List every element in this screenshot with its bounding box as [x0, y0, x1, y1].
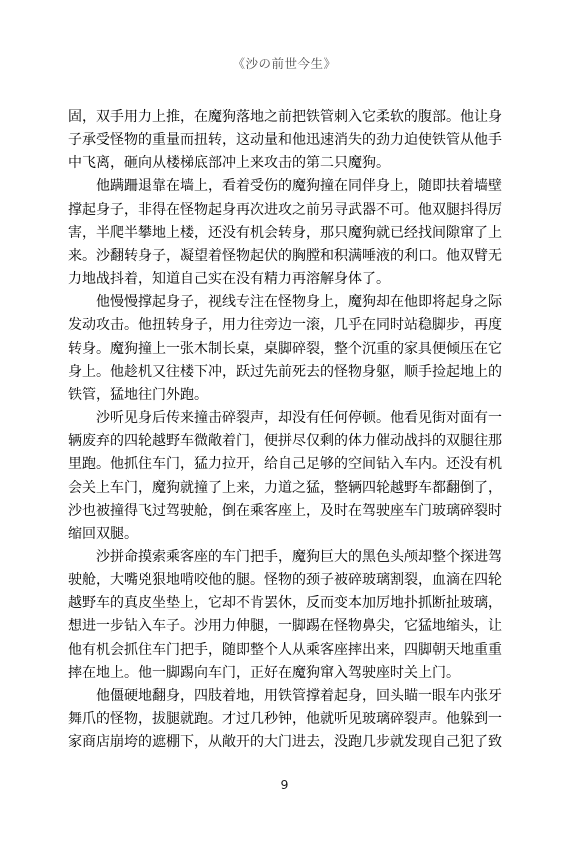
paragraph: 他慢慢撑起身子，视线专注在怪物身上，魔狗却在他即将起身之际发动攻击。他扭转身子，… [68, 291, 502, 407]
book-title: 《沙の前世今生》 [0, 54, 569, 72]
paragraph: 他蹒跚退靠在墙上，看着受伤的魔狗撞在同伴身上，随即扶着墙壁撑起身子，非得在怪物起… [68, 175, 502, 291]
page-number: 9 [0, 777, 569, 792]
document-page: 《沙の前世今生》 固，双手用力上推，在魔狗落地之前把铁管刺入它柔软的腹部。他让身… [0, 0, 569, 853]
paragraph: 沙拼命摸索乘客座的车门把手，魔狗巨大的黑色头颅却整个探进驾驶舱，大嘴兇狠地啃咬他… [68, 546, 502, 685]
page-body-text: 固，双手用力上推，在魔狗落地之前把铁管刺入它柔软的腹部。他让身子承受怪物的重量而… [68, 106, 502, 754]
paragraph: 他僵硬地翻身，四肢着地，用铁管撑着起身，回头瞄一眼车内张牙舞爪的怪物，拔腿就跑。… [68, 685, 502, 754]
paragraph: 沙听见身后传来撞击碎裂声，却没有任何停顿。他看见街对面有一辆废弃的四轮越野车微敞… [68, 407, 502, 546]
paragraph: 固，双手用力上推，在魔狗落地之前把铁管刺入它柔软的腹部。他让身子承受怪物的重量而… [68, 106, 502, 175]
